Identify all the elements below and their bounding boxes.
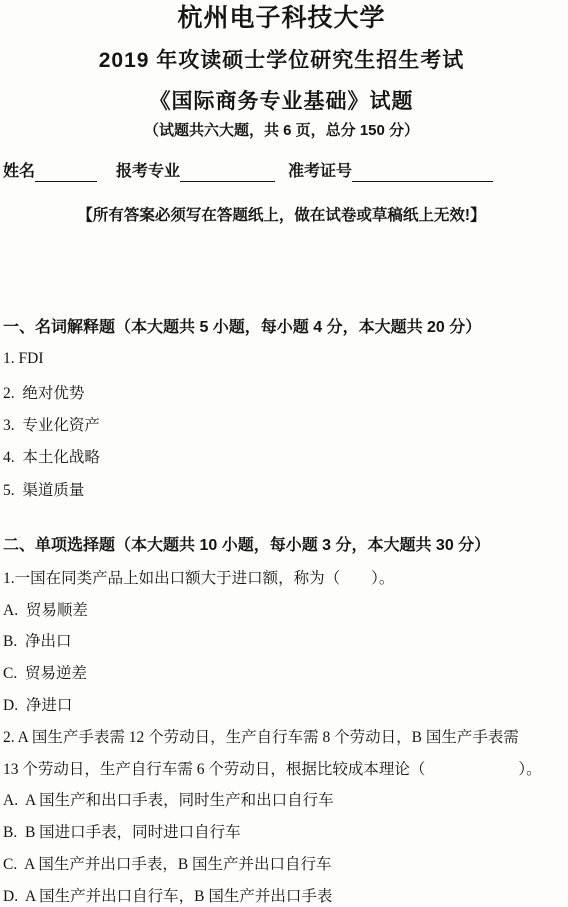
major-label: 报考专业 <box>116 161 180 182</box>
term-item-4: 4. 本土化战略 <box>3 440 560 472</box>
term-item-3: 3. 专业化资产 <box>3 408 560 440</box>
term-item-5: 5. 渠道质量 <box>3 473 560 505</box>
question-1-option-a: A. 贸易顺差 <box>3 593 560 625</box>
exam-session-title: 2019 年攻读硕士学位研究生招生考试 <box>3 46 560 75</box>
exam-meta-line: （试题共六大题，共 6 页，总分 150 分） <box>3 121 560 141</box>
exam-header: 杭州电子科技大学 2019 年攻读硕士学位研究生招生考试 《国际商务专业基础》试… <box>3 0 560 141</box>
name-label: 姓名 <box>3 161 35 182</box>
term-item-1: 1. FDI <box>3 343 560 375</box>
subject-title: 《国际商务专业基础》试题 <box>3 87 560 116</box>
major-blank-line <box>180 162 275 182</box>
ticket-blank-line <box>352 162 493 182</box>
question-1-option-b: B. 净出口 <box>3 625 560 657</box>
section-1-heading: 一、名词解释题（本大题共 5 小题，每小题 4 分，本大题共 20 分） <box>3 317 560 339</box>
ticket-label: 准考证号 <box>288 161 352 182</box>
section-2-heading: 二、单项选择题（本大题共 10 小题，每小题 3 分，本大题共 30 分） <box>3 535 560 557</box>
term-list: 1. FDI 2. 绝对优势 3. 专业化资产 4. 本土化战略 5. 渠道质量 <box>3 343 560 505</box>
university-title: 杭州电子科技大学 <box>3 0 560 34</box>
question-1-option-d: D. 净进口 <box>3 688 560 720</box>
question-2-option-c: C. A 国生产并出口手表，B 国生产并出口自行车 <box>3 847 560 879</box>
question-2-stem-line-2: 13 个劳动日，生产自行车需 6 个劳动日，根据比较成本理论（ ）。 <box>3 752 560 784</box>
question-1-option-c: C. 贸易逆差 <box>3 656 560 688</box>
exam-paper-page: 杭州电子科技大学 2019 年攻读硕士学位研究生招生考试 《国际商务专业基础》试… <box>0 0 568 907</box>
multiple-choice-block: 1.一国在同类产品上如出口额大于进口额，称为（ ）。 A. 贸易顺差 B. 净出… <box>3 561 560 907</box>
question-1-stem: 1.一国在同类产品上如出口额大于进口额，称为（ ）。 <box>3 561 560 593</box>
name-blank-line <box>35 162 97 182</box>
answer-sheet-notice: 【所有答案必须写在答题纸上，做在试卷或草稿纸上无效!】 <box>3 205 560 227</box>
question-2-option-d: D. A 国生产并出口自行车，B 国生产并出口手表 <box>3 879 560 907</box>
term-item-2: 2. 绝对优势 <box>3 375 560 407</box>
question-2-option-b: B. B 国进口手表，同时进口自行车 <box>3 815 560 847</box>
candidate-info-row: 姓名报考专业准考证号 <box>3 161 560 182</box>
question-2-stem-line-1: 2. A 国生产手表需 12 个劳动日，生产自行车需 8 个劳动日，B 国生产手… <box>3 720 560 752</box>
question-2-option-a: A. A 国生产和出口手表，同时生产和出口自行车 <box>3 784 560 816</box>
